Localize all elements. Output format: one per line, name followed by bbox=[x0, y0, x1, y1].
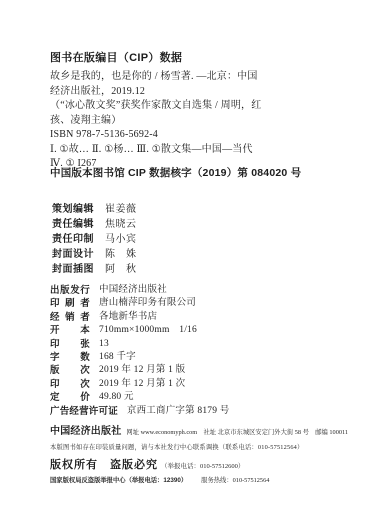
pub-value: 49.80 元 bbox=[99, 391, 134, 404]
pub-field: 印刷者 bbox=[50, 297, 90, 310]
pub-field: 字数 bbox=[50, 351, 90, 364]
pub-row-impression: 印次 2019 年 12 月第 1 次 bbox=[50, 378, 229, 391]
pub-value: 唐山楠萍印务有限公司 bbox=[99, 297, 196, 310]
staff-row: 策划编辑 崔姜薇 bbox=[52, 202, 137, 217]
staff-row: 封面设计 陈 姝 bbox=[52, 247, 137, 262]
pub-value: 13 bbox=[99, 338, 109, 351]
staff-name: 马小宾 bbox=[105, 232, 137, 247]
pub-field: 出版发行 bbox=[50, 284, 90, 297]
pub-row-distributor: 经销者 各地新华书店 bbox=[50, 311, 229, 324]
publication-info: 出版发行 中国经济出版社 印刷者 唐山楠萍印务有限公司 经销者 各地新华书店 开… bbox=[50, 284, 229, 418]
pub-field: 广告经营许可证 bbox=[50, 405, 118, 418]
cip-line: 经济出版社，2019.12 bbox=[50, 85, 261, 100]
cip-line: 孩、凌翔主编） bbox=[50, 114, 261, 129]
pub-field: 印张 bbox=[50, 338, 90, 351]
staff-role: 责任编辑 bbox=[52, 217, 94, 232]
anti-piracy-line: 国家版权局反盗版举报中心（举报电话：12390） 服务热线：010-575125… bbox=[50, 475, 269, 484]
pub-value: 168 千字 bbox=[99, 351, 136, 364]
pub-row-publisher: 出版发行 中国经济出版社 bbox=[50, 284, 229, 297]
book-copyright-page: 图书在版编目（CIP）数据 故乡是我的，也是你的 / 杨雪著. —北京：中国 经… bbox=[0, 0, 375, 523]
staff-name: 焦晓云 bbox=[105, 217, 137, 232]
pub-row-price: 定价 49.80 元 bbox=[50, 391, 229, 404]
pub-row-format: 开本 710mm×1000mm 1/16 bbox=[50, 324, 229, 337]
pub-value: 中国经济出版社 bbox=[99, 284, 167, 297]
copyright-notice: 版权所有 盗版必究 （举报电话：010-57512600） 国家版权局反盗版举报… bbox=[50, 456, 269, 484]
staff-name: 阿 秋 bbox=[105, 262, 137, 277]
cip-description: 故乡是我的，也是你的 / 杨雪著. —北京：中国 经济出版社，2019.12 （… bbox=[50, 70, 261, 172]
anti-piracy-center: 国家版权局反盗版举报中心（举报电话：12390） bbox=[50, 475, 187, 484]
cip-heading: 图书在版编目（CIP）数据 bbox=[50, 49, 182, 65]
pub-row-printer: 印刷者 唐山楠萍印务有限公司 bbox=[50, 297, 229, 310]
cip-line-classification: Ⅰ. ①故… Ⅱ. ①杨… Ⅲ. ①散文集—中国—当代 bbox=[50, 143, 261, 158]
staff-role: 责任印制 bbox=[52, 232, 94, 247]
pub-row-ad-license: 广告经营许可证 京西工商广字第 8179 号 bbox=[50, 405, 229, 418]
staff-role: 封面插图 bbox=[52, 262, 94, 277]
publisher-contact: 网址 www.economyph.com 社址 北京市东城区安定门外大街 58 … bbox=[126, 427, 348, 436]
pub-field: 定价 bbox=[50, 391, 90, 404]
pub-row-sheets: 印张 13 bbox=[50, 338, 229, 351]
pub-field: 开本 bbox=[50, 324, 90, 337]
cip-line: 故乡是我的，也是你的 / 杨雪著. —北京：中国 bbox=[50, 70, 261, 85]
pub-field: 版次 bbox=[50, 364, 90, 377]
service-hotline: 服务热线：010-57512564 bbox=[201, 475, 269, 484]
staff-role: 封面设计 bbox=[52, 247, 94, 262]
staff-name: 崔姜薇 bbox=[105, 202, 137, 217]
quality-note: 本版图书如存在印装质量问题，请与本社发行中心联系调换（联系电话：010-5751… bbox=[50, 442, 350, 451]
cip-line: （“冰心散文奖”获奖作家散文自选集 / 周明，红 bbox=[50, 99, 261, 114]
pub-value: 2019 年 12 月第 1 版 bbox=[99, 364, 185, 377]
report-phone: （举报电话：010-57512600） bbox=[161, 461, 244, 470]
pub-value: 各地新华书店 bbox=[99, 311, 157, 324]
staff-row: 责任印制 马小宾 bbox=[52, 232, 137, 247]
pub-field: 经销者 bbox=[50, 311, 90, 324]
pub-value: 京西工商广字第 8179 号 bbox=[127, 405, 230, 418]
pub-row-edition: 版次 2019 年 12 月第 1 版 bbox=[50, 364, 229, 377]
staff-name: 陈 姝 bbox=[105, 247, 137, 262]
publisher-name: 中国经济出版社 bbox=[50, 422, 121, 437]
pub-value: 2019 年 12 月第 1 次 bbox=[99, 378, 185, 391]
pub-row-wordcount: 字数 168 千字 bbox=[50, 351, 229, 364]
pub-field: 印次 bbox=[50, 378, 90, 391]
publisher-footer: 中国经济出版社 网址 www.economyph.com 社址 北京市东城区安定… bbox=[50, 422, 350, 451]
cip-line-isbn: ISBN 978-7-5136-5692-4 bbox=[50, 128, 261, 143]
staff-row: 封面插图 阿 秋 bbox=[52, 262, 137, 277]
copyright-line: 版权所有 盗版必究 （举报电话：010-57512600） bbox=[50, 456, 269, 472]
staff-row: 责任编辑 焦晓云 bbox=[52, 217, 137, 232]
publisher-contact-line: 中国经济出版社 网址 www.economyph.com 社址 北京市东城区安定… bbox=[50, 422, 350, 437]
cip-record-number: 中国版本图书馆 CIP 数据核字（2019）第 084020 号 bbox=[50, 165, 301, 180]
copyright-statement: 版权所有 盗版必究 bbox=[50, 456, 158, 472]
pub-value: 710mm×1000mm 1/16 bbox=[99, 324, 197, 337]
staff-role: 策划编辑 bbox=[52, 202, 94, 217]
staff-credits: 策划编辑 崔姜薇 责任编辑 焦晓云 责任印制 马小宾 封面设计 陈 姝 封面插图… bbox=[52, 202, 137, 277]
